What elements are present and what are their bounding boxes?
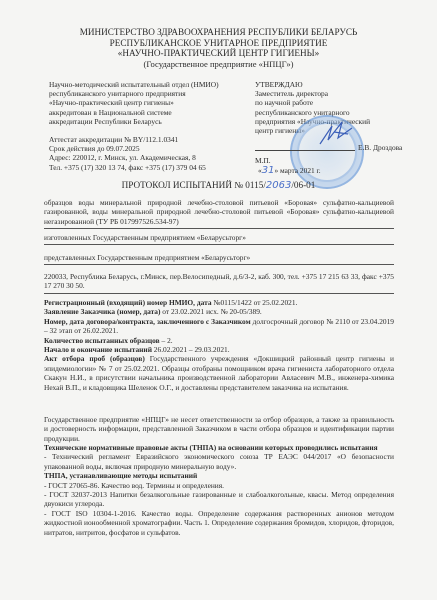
method-item: - ГОСТ 32037-2013 Напитки безалкогольные… [44, 490, 394, 509]
protocol-title: ПРОТОКОЛ ИСПЫТАНИЙ № 0115/2063/06-01 [0, 180, 437, 191]
accreditation-line: «Научно-практический центр гигиены» [49, 98, 249, 107]
approval-line: Заместитель директора [255, 89, 435, 98]
approval-line: республиканского унитарного [255, 108, 435, 117]
lab-phone: Тел. +375 (17) 320 13 74, факс +375 (17)… [49, 163, 249, 172]
accreditation-block: Научно-методический испытательный отдел … [49, 80, 249, 172]
submitter: представленных Государственным предприят… [44, 253, 394, 265]
accreditation-line: Научно-методический испытательный отдел … [49, 80, 249, 89]
enterprise-name-line: «НАУЧНО-ПРАКТИЧЕСКИЙ ЦЕНТР ГИГИЕНЫ» [0, 48, 437, 59]
validity-date: Срок действия до 09.07.2025 [49, 144, 249, 153]
test-details: Регистрационный (входящий) номер НМИО, д… [44, 298, 394, 392]
ministry-line: МИНИСТЕРСТВО ЗДРАВООХРАНЕНИЯ РЕСПУБЛИКИ … [0, 27, 437, 38]
method-item: - ГОСТ 27065-86. Качество вод. Термины и… [44, 481, 394, 490]
attestat-number: Аттестат аккредитации № BY/112.1.0341 [49, 135, 249, 144]
signatory-name: Е.В. Дроздова [358, 143, 402, 152]
seal-place-label: М.П. [255, 156, 271, 165]
enterprise-type-line: РЕСПУБЛИКАНСКОЕ УНИТАРНОЕ ПРЕДПРИЯТИЕ [0, 38, 437, 49]
handwritten-day: 31 [262, 165, 275, 176]
approval-line: по научной работе [255, 98, 435, 107]
sample-count: Количество испытанных образцов – 2. [44, 336, 394, 345]
accreditation-line: республиканского унитарного предприятия [49, 89, 249, 98]
accreditation-line: аккредитован в Национальной системе [49, 108, 249, 117]
tnpa-section: Технические нормативные правовые акты (Т… [44, 443, 394, 537]
signature-line [255, 150, 355, 151]
methods-title: ТНПА, устанавливающие методы испытаний [44, 471, 197, 480]
disclaimer: Государственное предприятие «НПЦГ» не не… [44, 415, 394, 443]
method-item: - ГОСТ ISO 10304-1-2016. Качество воды. … [44, 509, 394, 537]
lab-address: Адрес: 220012, г. Минск, ул. Академическ… [49, 153, 249, 162]
approval-date: «31» марта 2021 г. [258, 165, 321, 176]
document-page: МИНИСТЕРСТВО ЗДРАВООХРАНЕНИЯ РЕСПУБЛИКИ … [0, 0, 437, 600]
customer-application: Заявление Заказчика (номер, дата) от 23.… [44, 307, 394, 316]
manufacturer: изготовленных Государственным предприяти… [44, 233, 394, 245]
test-period: Начало и окончание испытаний 26.02.2021 … [44, 345, 394, 354]
samples-description: образцов воды минеральной природной лече… [44, 198, 394, 229]
accreditation-line: аккредитации Республики Беларусь [49, 117, 249, 126]
sampling-act: Акт отбора проб (образцов) Государственн… [44, 354, 394, 392]
contract-info: Номер, дата договора/контракта, заключен… [44, 317, 394, 336]
handwritten-protocol-number: 2063 [266, 180, 291, 191]
tnpa-item: - Технический регламент Евразийского эко… [44, 452, 394, 471]
signature-icon [318, 118, 358, 148]
enterprise-abbr-line: (Государственное предприятие «НПЦГ») [0, 59, 437, 70]
tnpa-title: Технические нормативные правовые акты (Т… [44, 443, 378, 452]
submitter-address: 220033, Республика Беларусь, г.Минск, пе… [44, 272, 394, 294]
registration-number: Регистрационный (входящий) номер НМИО, д… [44, 298, 394, 307]
org-header: МИНИСТЕРСТВО ЗДРАВООХРАНЕНИЯ РЕСПУБЛИКИ … [0, 27, 437, 69]
approval-title: УТВЕРЖДАЮ [255, 80, 435, 89]
